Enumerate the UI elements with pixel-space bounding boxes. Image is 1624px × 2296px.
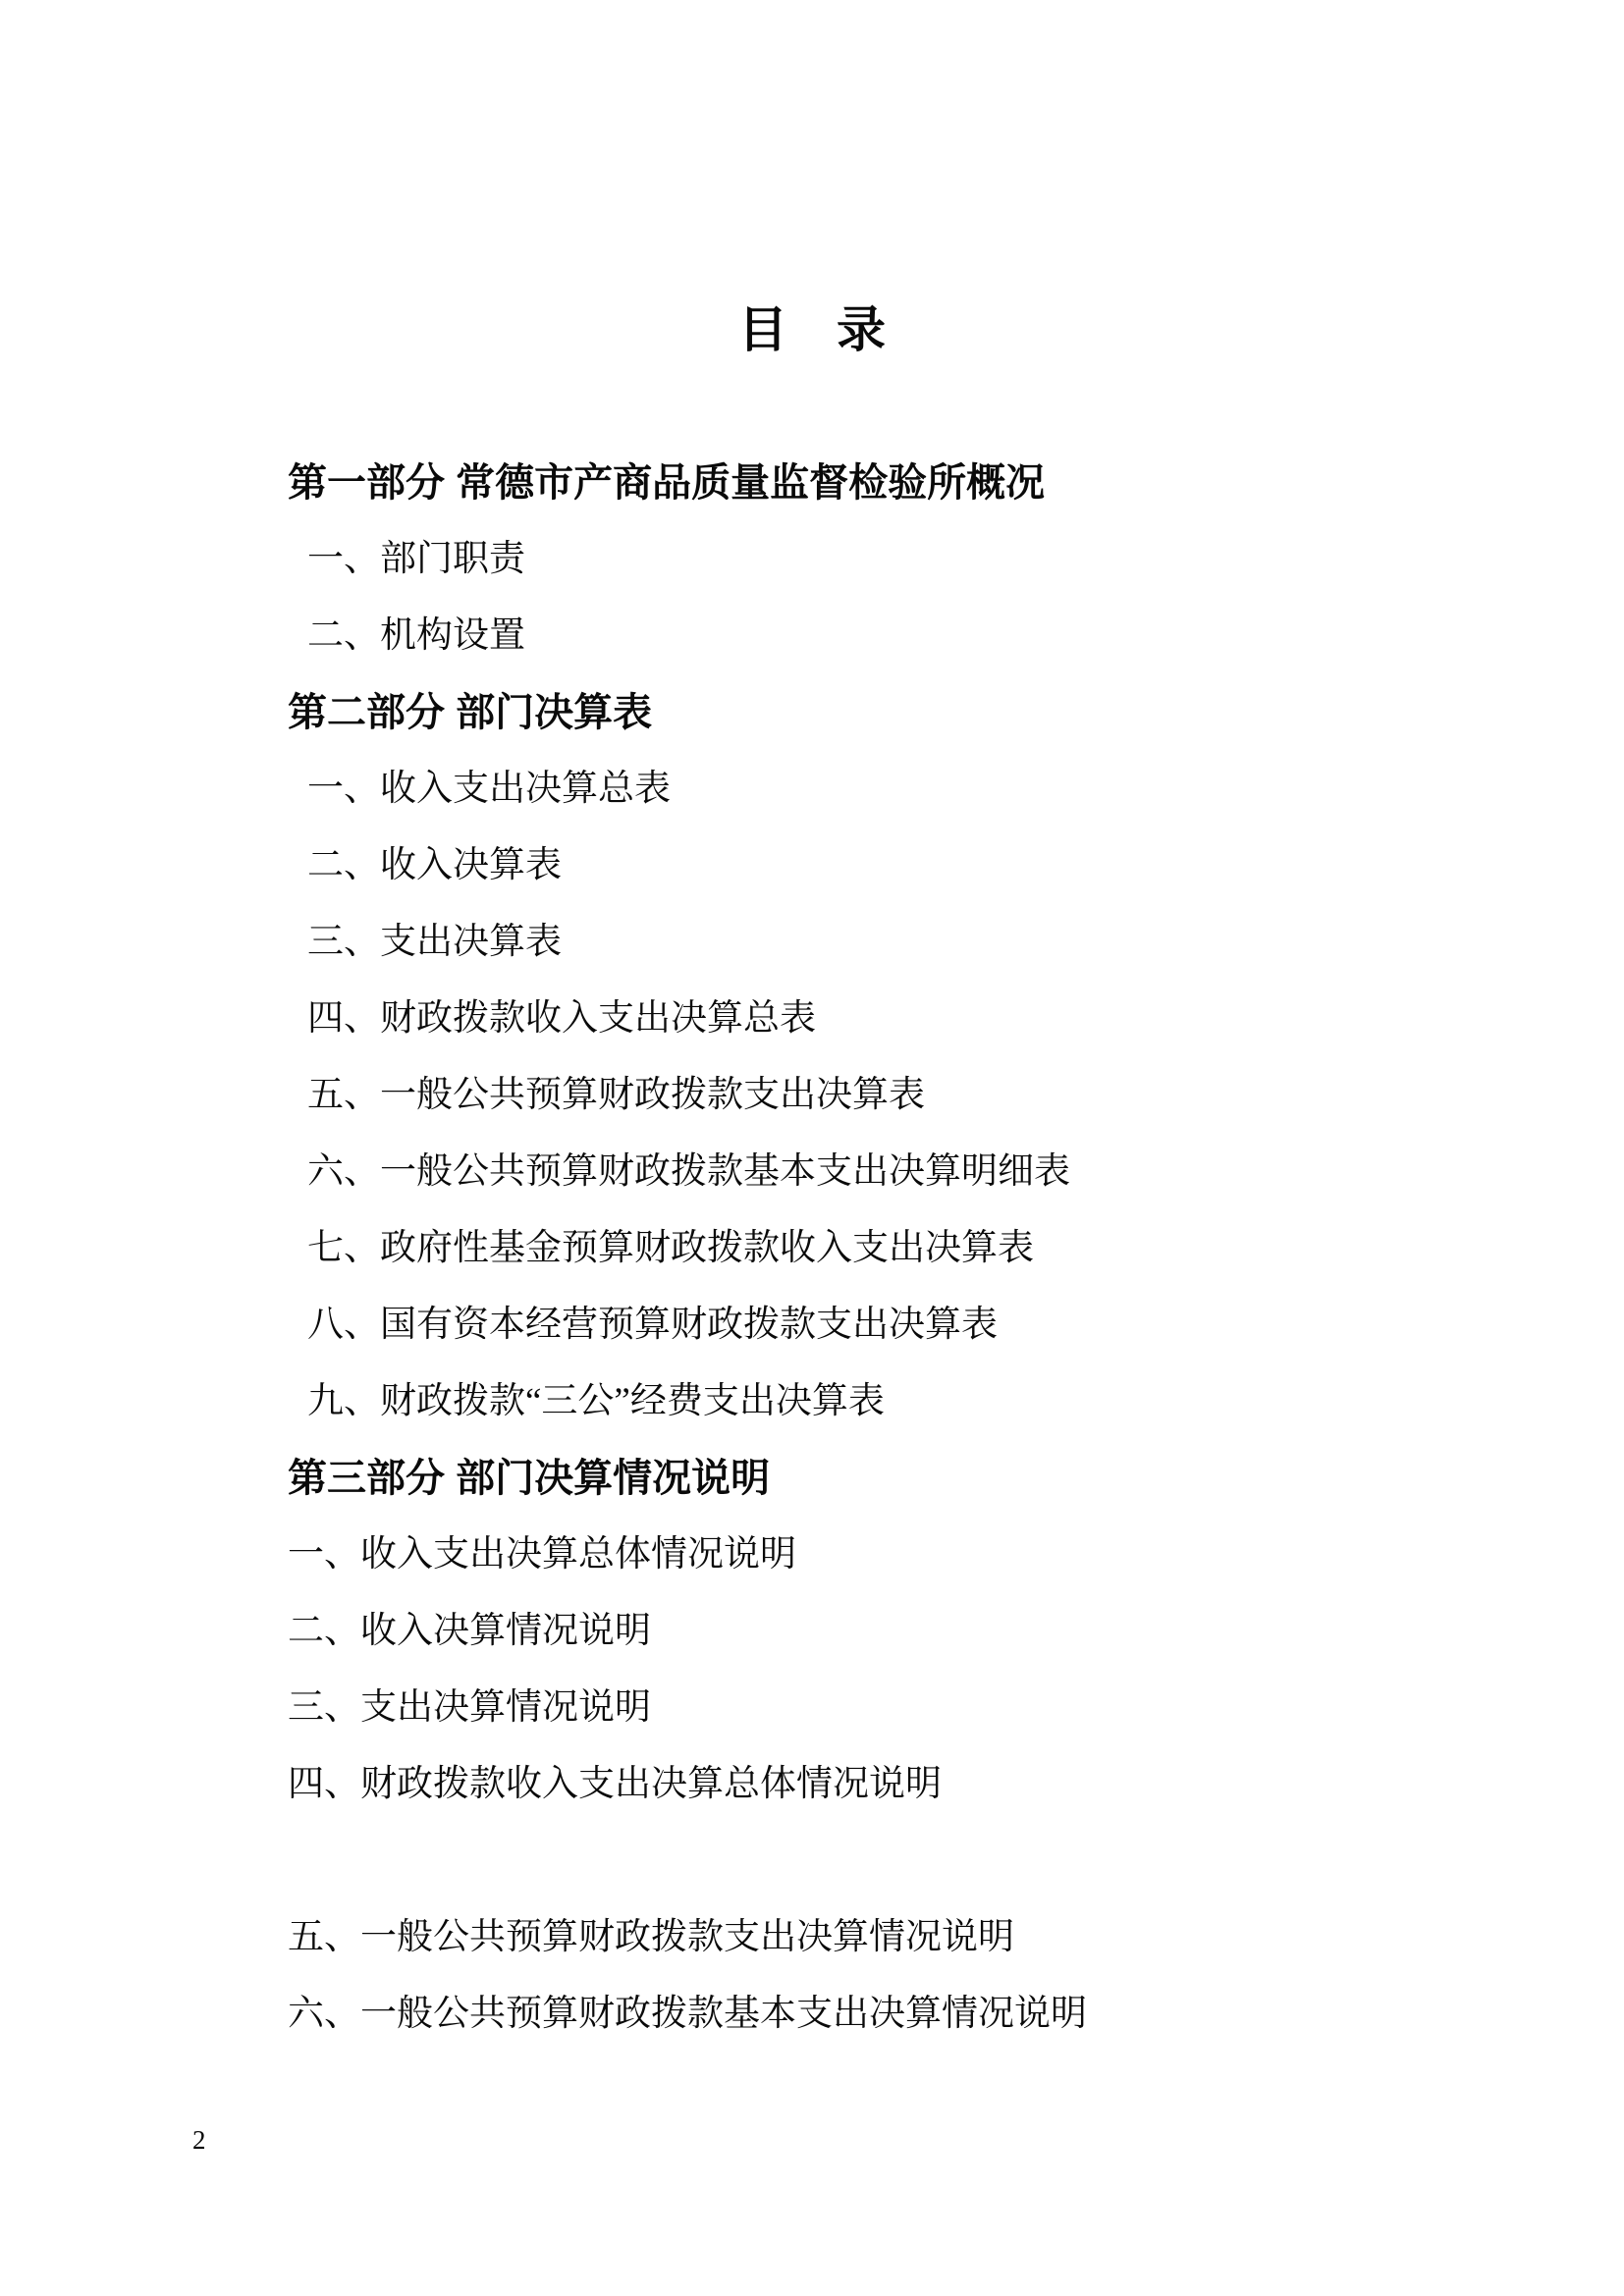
toc-item: 二、机构设置 [288,598,1624,674]
page-title: 目 录 [0,292,1624,368]
toc-item: 三、支出决算表 [288,904,1624,981]
toc-item: 五、一般公共预算财政拨款支出决算情况说明 [288,1899,1624,1976]
table-of-contents: 第一部分 常德市产商品质量监督检验所概况一、部门职责二、机构设置第二部分 部门决… [288,445,1624,2053]
toc-item: 八、国有资本经营预算财政拨款支出决算表 [288,1287,1624,1363]
toc-item: 二、收入决算情况说明 [288,1593,1624,1670]
toc-item: 七、政府性基金预算财政拨款收入支出决算表 [288,1210,1624,1287]
toc-item: 三、支出决算情况说明 [288,1670,1624,1746]
toc-item: 六、一般公共预算财政拨款基本支出决算情况说明 [288,1976,1624,2053]
toc-item: 一、收入支出决算总表 [288,751,1624,828]
toc-item: 一、部门职责 [288,521,1624,598]
toc-item: 五、一般公共预算财政拨款支出决算表 [288,1057,1624,1134]
toc-item: 四、财政拨款收入支出决算总表 [288,981,1624,1057]
toc-item: 四、财政拨款收入支出决算总体情况说明 [288,1746,1624,1823]
toc-item: 二、收入决算表 [288,828,1624,904]
blank-line [288,1823,1624,1899]
section-heading: 第三部分 部门决算情况说明 [288,1440,1624,1517]
toc-item: 六、一般公共预算财政拨款基本支出决算明细表 [288,1134,1624,1210]
section-heading: 第二部分 部门决算表 [288,674,1624,751]
toc-item: 一、收入支出决算总体情况说明 [288,1517,1624,1593]
page-number: 2 [192,2120,206,2160]
toc-item: 九、财政拨款“三公”经费支出决算表 [288,1363,1624,1440]
blank-line [0,368,1624,445]
section-heading: 第一部分 常德市产商品质量监督检验所概况 [288,445,1624,521]
